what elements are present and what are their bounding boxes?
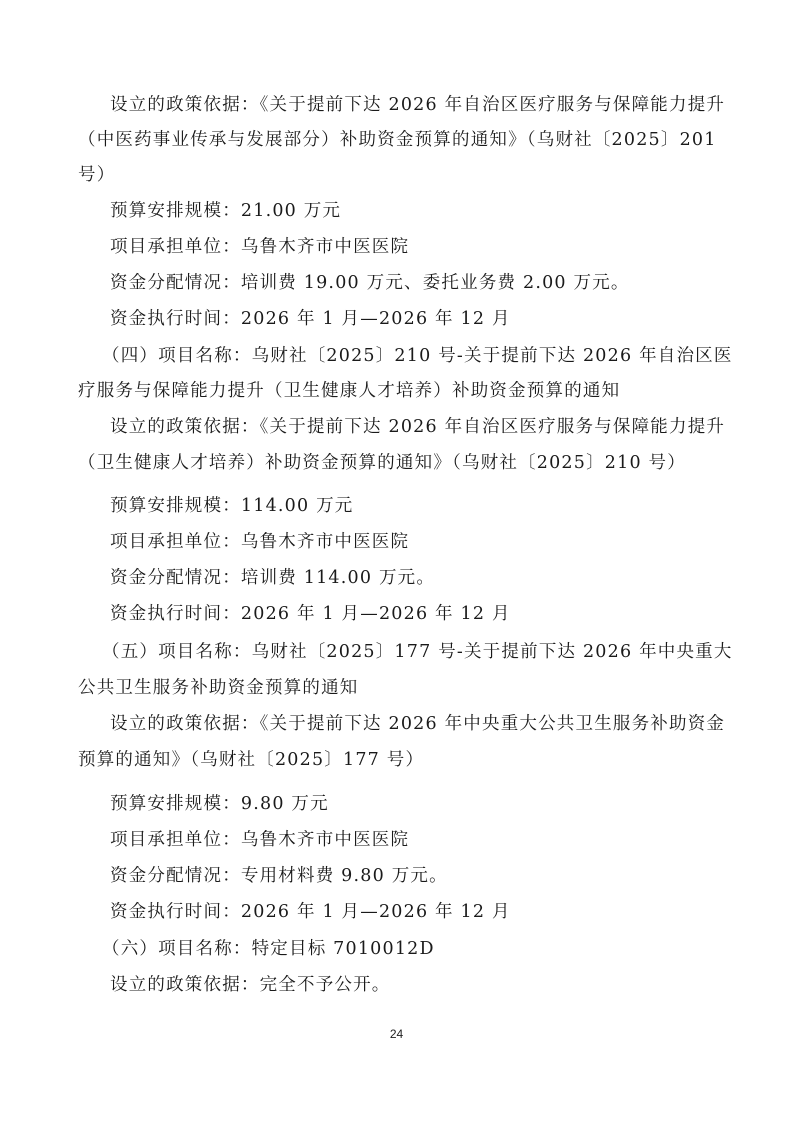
text-line: 项目承担单位：乌鲁木齐市中医医院: [110, 236, 409, 258]
text-line: 疗服务与保障能力提升（卫生健康人才培养）补助资金预算的通知: [78, 380, 620, 402]
text-line: 项目承担单位：乌鲁木齐市中医医院: [110, 531, 409, 553]
text-line: 资金执行时间：2026 年 1 月—2026 年 12 月: [110, 901, 511, 923]
text-line: 设立的政策依据：《关于提前下达 2026 年中央重大公共卫生服务补助资金: [110, 713, 725, 735]
text-line: 预算安排规模：114.00 万元: [110, 495, 354, 517]
text-line: （卫生健康人才培养）补助资金预算的通知》（乌财社〔2025〕210 号）: [78, 452, 686, 474]
document-page: 设立的政策依据：《关于提前下达 2026 年自治区医疗服务与保障能力提升（中医药…: [0, 0, 793, 1122]
text-line: （五）项目名称：乌财社〔2025〕177 号-关于提前下达 2026 年中央重大: [102, 641, 733, 663]
text-line: 号）: [78, 164, 115, 186]
page-number: 24: [0, 1027, 793, 1041]
text-line: 设立的政策依据：完全不予公开。: [110, 974, 391, 996]
text-line: 预算安排规模：21.00 万元: [110, 200, 341, 222]
text-line: 资金分配情况：培训费 114.00 万元。: [110, 567, 435, 589]
text-line: 资金分配情况：培训费 19.00 万元、委托业务费 2.00 万元。: [110, 272, 630, 294]
text-line: （中医药事业传承与发展部分）补助资金预算的通知》（乌财社〔2025〕201: [78, 129, 717, 151]
text-line: （四）项目名称：乌财社〔2025〕210 号-关于提前下达 2026 年自治区医: [102, 345, 733, 367]
text-line: 公共卫生服务补助资金预算的通知: [78, 677, 359, 699]
text-line: （六）项目名称：特定目标 7010012D: [102, 938, 435, 960]
text-line: 资金执行时间：2026 年 1 月—2026 年 12 月: [110, 308, 511, 330]
text-line: 资金执行时间：2026 年 1 月—2026 年 12 月: [110, 603, 511, 625]
text-line: 设立的政策依据：《关于提前下达 2026 年自治区医疗服务与保障能力提升: [110, 416, 725, 438]
text-line: 预算的通知》（乌财社〔2025〕177 号）: [78, 749, 424, 771]
text-line: 资金分配情况：专用材料费 9.80 万元。: [110, 865, 448, 887]
text-line: 预算安排规模：9.80 万元: [110, 793, 329, 815]
text-line: 设立的政策依据：《关于提前下达 2026 年自治区医疗服务与保障能力提升: [110, 94, 725, 116]
text-line: 项目承担单位：乌鲁木齐市中医医院: [110, 829, 409, 851]
